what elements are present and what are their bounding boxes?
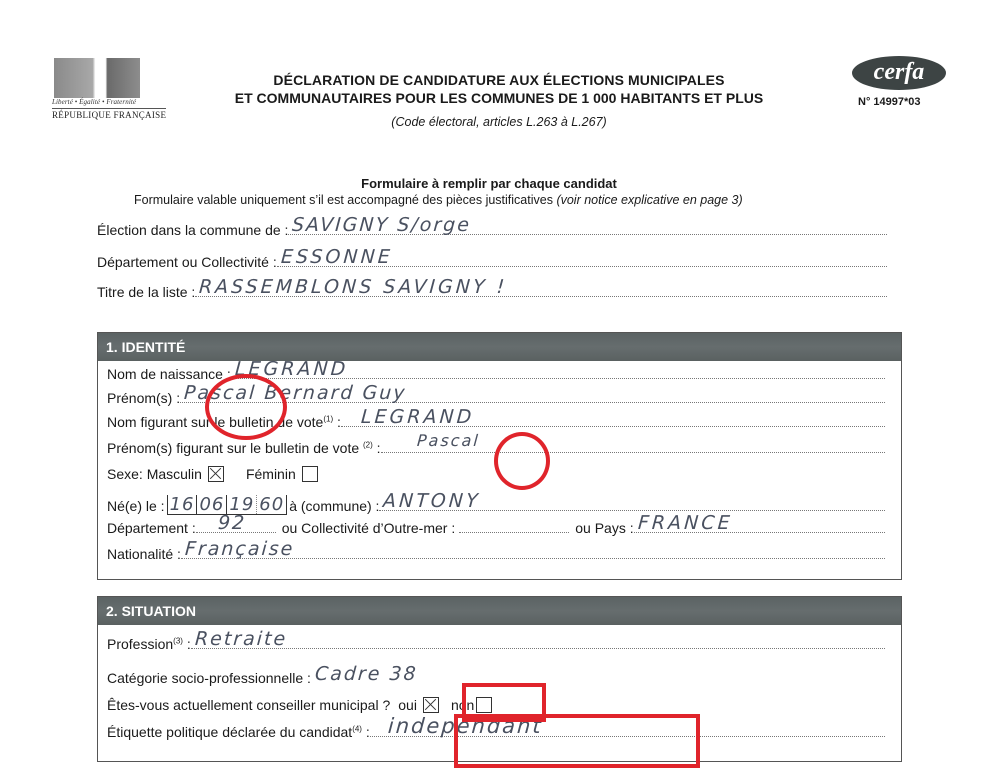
nationalite-field[interactable]: Nationalité : Française [107,546,885,562]
commune-value: SAVIGNY S/orge [292,214,472,236]
pays-label: ou Pays : [575,520,633,536]
commune-naissance-label: à (commune) : [289,498,379,514]
masculin-checkbox[interactable] [208,466,224,482]
date-year-b: 60 [256,495,287,514]
etiquette-label: Étiquette politique déclarée du candidat… [107,724,370,740]
section-situation-heading: 2. SITUATION [98,597,901,625]
departement-naissance-row: Département : 92 ou Collectivité d’Outre… [107,520,885,536]
cerfa-number: N° 14997*03 [858,96,921,108]
departement-naissance-field[interactable]: 92 [196,532,276,533]
departement-naissance-value: 92 [217,512,247,534]
feminin-checkbox[interactable] [302,466,318,482]
departement-collectivite-field[interactable]: Département ou Collectivité : ESSONNE [97,254,887,270]
profession-field[interactable]: Profession(3) : Retraite [107,636,885,652]
outremer-label: ou Collectivité d’Outre-mer : [282,520,456,536]
nom-naissance-label: Nom de naissance : [107,366,231,382]
form-note: Formulaire valable uniquement s’il est a… [134,193,743,207]
section-identite-heading: 1. IDENTITÉ [98,333,901,361]
departement-collectivite-value: ESSONNE [280,246,393,268]
outremer-field[interactable] [459,532,569,533]
form-subheading: Formulaire à remplir par chaque candidat [0,176,986,191]
prenoms-bulletin-label: Prénom(s) figurant sur le bulletin de vo… [107,440,381,456]
conseiller-label: Êtes-vous actuellement conseiller munici… [107,697,390,713]
nationalite-value: Française [184,538,295,560]
categorie-label: Catégorie socio-professionnelle : [107,670,311,686]
oui-label: oui [398,697,417,713]
form-title-line1: DÉCLARATION DE CANDIDATURE AUX ÉLECTIONS… [0,72,986,88]
commune-naissance-value: ANTONY [383,490,482,512]
commune-field[interactable]: Élection dans la commune de : SAVIGNY S/… [97,222,887,238]
oui-checkbox[interactable] [423,697,439,713]
nationalite-label: Nationalité : [107,546,181,562]
date-day: 16 [167,495,197,514]
nom-bulletin-value: LEGRAND [360,406,475,428]
legal-reference: (Code électoral, articles L.263 à L.267) [0,115,986,129]
categorie-value: Cadre 38 [314,663,418,685]
annotation-rect-etiquette [454,714,700,768]
pays-field[interactable]: FRANCE [634,532,885,533]
departement-collectivite-label: Département ou Collectivité : [97,254,277,270]
commune-label: Élection dans la commune de : [97,222,288,238]
sexe-field: Sexe: Masculin Féminin [107,466,318,482]
sexe-masculin-label: Sexe: Masculin [107,466,202,482]
naissance-label: Né(e) le : [107,498,165,514]
profession-value: Retraite [194,628,288,650]
titre-liste-value: RASSEMBLONS SAVIGNY ! [199,276,509,298]
prenoms-label: Prénom(s) : [107,390,180,406]
prenoms-bulletin-value: Pascal [416,431,480,450]
pays-value: FRANCE [637,512,733,534]
form-title-line2: ET COMMUNAUTAIRES POUR LES COMMUNES DE 1… [0,90,986,106]
profession-label: Profession(3) : [107,636,191,652]
annotation-circle-prenom-bulletin [494,432,550,490]
titre-liste-field[interactable]: Titre de la liste : RASSEMBLONS SAVIGNY … [97,284,887,300]
titre-liste-label: Titre de la liste : [97,284,195,300]
naissance-field[interactable]: Né(e) le : 16 06 19 60 à (commune) : ANT… [107,494,885,514]
sexe-feminin-label: Féminin [246,466,296,482]
conseiller-field: Êtes-vous actuellement conseiller munici… [107,697,492,713]
departement-naissance-label: Département : [107,520,196,536]
cerfa-logo: cerfa [852,56,946,90]
annotation-circle-prenom [205,374,287,440]
